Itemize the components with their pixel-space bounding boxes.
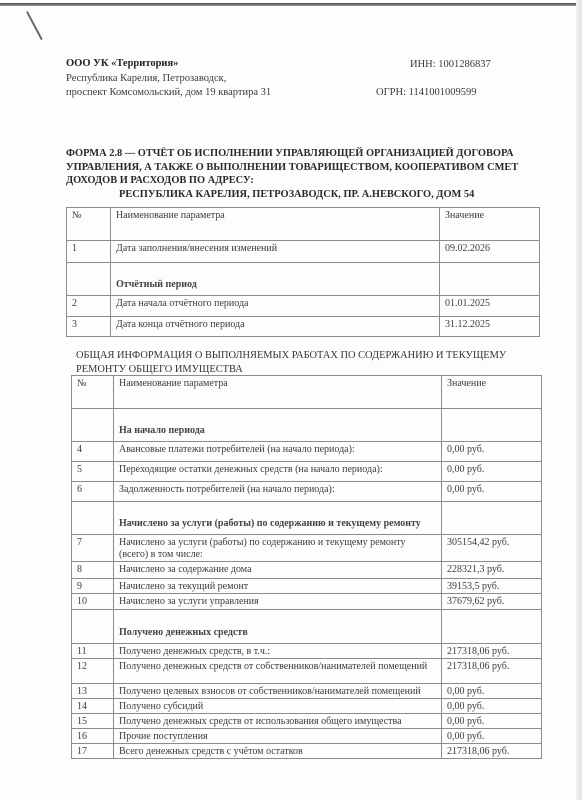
row-value: 0,00 руб. (442, 684, 542, 699)
row-name: Получено субсидий (114, 699, 442, 714)
header-name: Наименование параметра (111, 208, 440, 241)
header-value: Значение (442, 376, 542, 409)
row-value: 217318,06 руб. (442, 644, 542, 659)
table-row: 17Всего денежных средств с учётом остатк… (72, 744, 542, 759)
row-num: 4 (72, 442, 114, 462)
row-value (442, 502, 542, 535)
table-row: 12Получено денежных средств от собственн… (72, 659, 542, 684)
row-num: 13 (72, 684, 114, 699)
row-value: 0,00 руб. (442, 462, 542, 482)
table-row: 8Начислено за содержание дома228321,3 ру… (72, 562, 542, 579)
row-name: Всего денежных средств с учётом остатков (114, 744, 442, 759)
row-num (72, 502, 114, 535)
table-row: 2Дата начала отчётного периода01.01.2025 (67, 296, 540, 317)
organization-inn: ИНН: 1001286837 (410, 58, 491, 72)
row-value: 31.12.2025 (440, 317, 540, 337)
row-name: Начислено за услуги (работы) по содержан… (114, 502, 442, 535)
row-value: 228321,3 руб. (442, 562, 542, 579)
row-num: 17 (72, 744, 114, 759)
header-value: Значение (440, 208, 540, 241)
table-section-row: Начислено за услуги (работы) по содержан… (72, 502, 542, 535)
row-num: 16 (72, 729, 114, 744)
row-value: 0,00 руб. (442, 482, 542, 502)
row-name: Авансовые платежи потребителей (на начал… (114, 442, 442, 462)
table-row: 6Задолженность потребителей (на начало п… (72, 482, 542, 502)
header-num: № (67, 208, 111, 241)
row-value: 0,00 руб. (442, 729, 542, 744)
row-num: 11 (72, 644, 114, 659)
row-name: Получено денежных средств от использован… (114, 714, 442, 729)
row-value: 217318,06 руб. (442, 659, 542, 684)
row-num: 1 (67, 241, 111, 263)
table-section-row: На начало периода (72, 409, 542, 442)
table-row: 16Прочие поступления0,00 руб. (72, 729, 542, 744)
row-value: 0,00 руб. (442, 442, 542, 462)
row-name: Дата заполнения/внесения изменений (111, 241, 440, 263)
row-value: 0,00 руб. (442, 699, 542, 714)
row-num (72, 409, 114, 442)
row-name: Получено денежных средств (114, 610, 442, 644)
row-num (72, 610, 114, 644)
organization-ogrn: ОГРН: 1141001009599 (376, 86, 476, 100)
row-num: 14 (72, 699, 114, 714)
row-value: 39153,5 руб. (442, 579, 542, 594)
row-value (442, 610, 542, 644)
row-num: 12 (72, 659, 114, 684)
pen-mark (26, 11, 43, 40)
organization-address-line1: Республика Карелия, Петрозаводск, (66, 72, 226, 86)
form-title: ФОРМА 2.8 — ОТЧЁТ ОБ ИСПОЛНЕНИИ УПРАВЛЯЮ… (66, 147, 546, 201)
table-row: 10Начислено за услуги управления37679,62… (72, 594, 542, 610)
row-name: Дата конца отчётного периода (111, 317, 440, 337)
row-value: 37679,62 руб. (442, 594, 542, 610)
row-value: 09.02.2026 (440, 241, 540, 263)
row-value: 217318,06 руб. (442, 744, 542, 759)
row-value (442, 409, 542, 442)
row-num: 7 (72, 535, 114, 562)
header-num: № (72, 376, 114, 409)
row-value: 305154,42 руб. (442, 535, 542, 562)
row-num: 5 (72, 462, 114, 482)
table-row: 1Дата заполнения/внесения изменений09.02… (67, 241, 540, 263)
table-row: 9Начислено за текущий ремонт39153,5 руб. (72, 579, 542, 594)
table-row: 11Получено денежных средств, в т.ч.:2173… (72, 644, 542, 659)
row-value: 0,00 руб. (442, 714, 542, 729)
table-header-row: №Наименование параметраЗначение (72, 376, 542, 409)
row-name: Получено денежных средств, в т.ч.: (114, 644, 442, 659)
row-name: Прочие поступления (114, 729, 442, 744)
table-row: 15Получено денежных средств от использов… (72, 714, 542, 729)
row-name: Дата начала отчётного периода (111, 296, 440, 317)
row-name: Начислено за текущий ремонт (114, 579, 442, 594)
row-num: 3 (67, 317, 111, 337)
table-row: 5Переходящие остатки денежных средств (н… (72, 462, 542, 482)
table-row: 13Получено целевых взносов от собственни… (72, 684, 542, 699)
row-num: 6 (72, 482, 114, 502)
table-row: 4Авансовые платежи потребителей (на нача… (72, 442, 542, 462)
row-name: Получено денежных средств от собственник… (114, 659, 442, 684)
row-name: Получено целевых взносов от собственнико… (114, 684, 442, 699)
table-row: 7Начислено за услуги (работы) по содержа… (72, 535, 542, 562)
row-num: 9 (72, 579, 114, 594)
table-row: 14Получено субсидий0,00 руб. (72, 699, 542, 714)
form-address: РЕСПУБЛИКА КАРЕЛИЯ, ПЕТРОЗАВОДСК, ПР. А.… (66, 188, 546, 202)
row-num (67, 263, 111, 296)
scan-edge-right (576, 0, 582, 800)
reporting-period-table: №Наименование параметраЗначение1Дата зап… (66, 207, 540, 337)
general-info-table: №Наименование параметраЗначениеНа начало… (71, 375, 542, 759)
row-name: Переходящие остатки денежных средств (на… (114, 462, 442, 482)
table-section-row: Отчётный период (67, 263, 540, 296)
row-name: На начало периода (114, 409, 442, 442)
row-num: 8 (72, 562, 114, 579)
form-title-text: ФОРМА 2.8 — ОТЧЁТ ОБ ИСПОЛНЕНИИ УПРАВЛЯЮ… (66, 148, 518, 186)
table-header-row: №Наименование параметраЗначение (67, 208, 540, 241)
row-name: Начислено за услуги управления (114, 594, 442, 610)
row-num: 15 (72, 714, 114, 729)
scan-edge-top (0, 3, 582, 6)
row-value (440, 263, 540, 296)
row-value: 01.01.2025 (440, 296, 540, 317)
row-num: 2 (67, 296, 111, 317)
section-title-general-info: ОБЩАЯ ИНФОРМАЦИЯ О ВЫПОЛНЯЕМЫХ РАБОТАХ П… (76, 349, 546, 376)
row-name: Задолженность потребителей (на начало пе… (114, 482, 442, 502)
table-section-row: Получено денежных средств (72, 610, 542, 644)
row-name: Начислено за услуги (работы) по содержан… (114, 535, 442, 562)
table-row: 3Дата конца отчётного периода31.12.2025 (67, 317, 540, 337)
header-name: Наименование параметра (114, 376, 442, 409)
organization-address-line2: проспект Комсомольский, дом 19 квартира … (66, 86, 271, 100)
row-num: 10 (72, 594, 114, 610)
organization-name: ООО УК «Территория» (66, 57, 178, 71)
row-name: Начислено за содержание дома (114, 562, 442, 579)
row-name: Отчётный период (111, 263, 440, 296)
